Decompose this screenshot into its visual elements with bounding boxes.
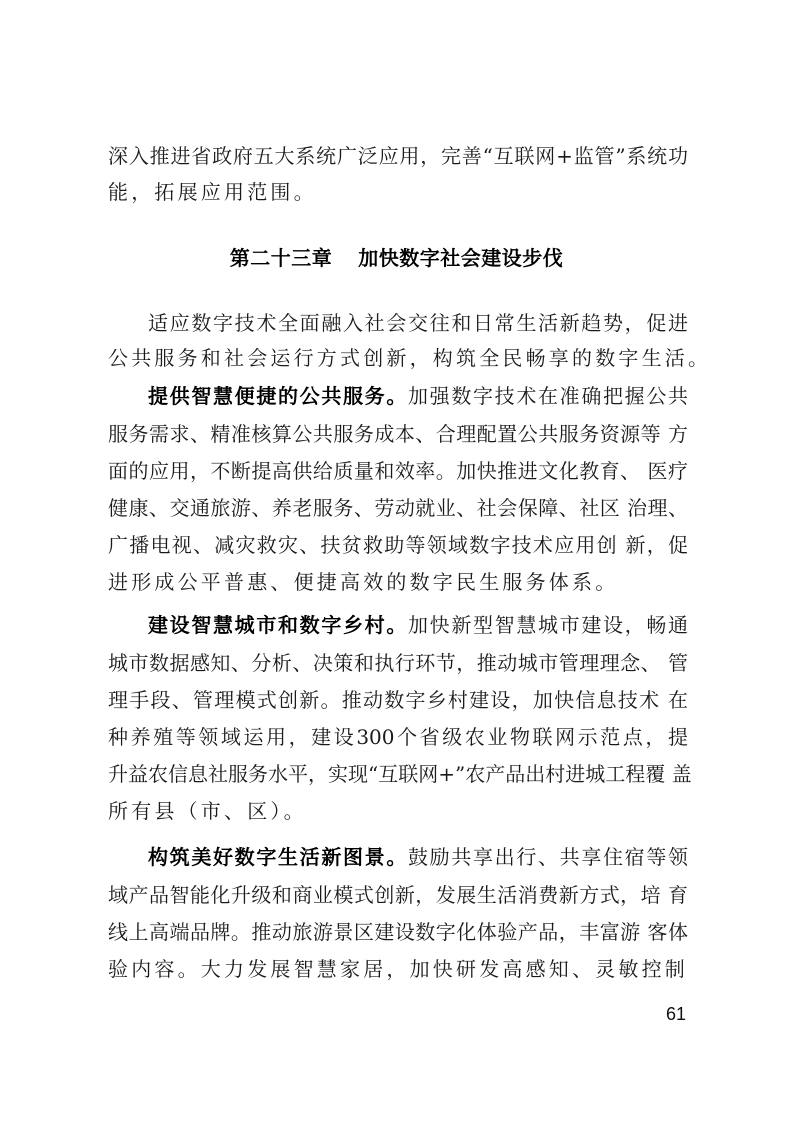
- section-2-line-5: 升益农信息社服务水平，实现“互联网+”农产品出村进城工程覆 盖: [108, 760, 688, 788]
- chapter-heading: 第二十三章加快数字社会建设步伐: [0, 244, 793, 272]
- document-page: 深入推进省政府五大系统广泛应用，完善“互联网+监管”系统功 能，拓展应用范围。 …: [0, 0, 793, 1122]
- section-3-heading: 构筑美好数字生活新图景。: [148, 845, 408, 869]
- chapter-number: 第二十三章: [230, 246, 333, 270]
- section-3-line-4: 验内容。大力发展智慧家居，加快研发高感知、灵敏控制: [108, 955, 688, 983]
- section-1-heading: 提供智慧便捷的公共服务。: [148, 384, 408, 408]
- section-1-line-3: 面的应用，不断提高供给质量和效率。加快推进文化教育、 医疗: [108, 457, 688, 485]
- section-1-line-6: 进形成公平普惠、便捷高效的数字民生服务体系。: [108, 568, 688, 596]
- section-1-line-4: 健康、交通旅游、养老服务、劳动就业、社会保障、社区 治理、: [108, 494, 688, 522]
- section-2-line-2: 城市数据感知、分析、决策和执行环节，推动城市管理理念、 管: [108, 649, 688, 677]
- section-2-first-line-text: 加快新型智慧城市建设，畅通: [408, 613, 688, 637]
- section-1-line-5: 广播电视、减灾救灾、扶贫救助等领域数字技术应用创 新，促: [108, 531, 688, 559]
- intro-line-2: 能，拓展应用范围。: [108, 178, 688, 206]
- chapter-title: 加快数字社会建设步伐: [358, 246, 563, 270]
- section-2-line-6: 所有县（市、区）。: [108, 797, 688, 825]
- section-3-first-line: 构筑美好数字生活新图景。鼓励共享出行、共享住宿等领: [148, 843, 688, 871]
- section-1-line-2: 服务需求、精准核算公共服务成本、合理配置公共服务资源等 方: [108, 420, 688, 448]
- overview-line-1: 适应数字技术全面融入社会交往和日常生活新趋势，促进: [148, 309, 688, 337]
- section-1-first-line: 提供智慧便捷的公共服务。加强数字技术在准确把握公共: [148, 382, 688, 410]
- section-2-line-3: 理手段、管理模式创新。推动数字乡村建设，加快信息技术 在: [108, 686, 688, 714]
- page-number: 61: [666, 1004, 686, 1025]
- section-2-heading: 建设智慧城市和数字乡村。: [148, 613, 408, 637]
- overview-line-2: 公共服务和社会运行方式创新，构筑全民畅享的数字生活。: [108, 344, 688, 372]
- section-1-first-line-text: 加强数字技术在准确把握公共: [408, 384, 688, 408]
- section-3-line-3: 线上高端品牌。推动旅游景区建设数字化体验产品，丰富游 客体: [108, 918, 688, 946]
- section-2-first-line: 建设智慧城市和数字乡村。加快新型智慧城市建设，畅通: [148, 611, 688, 639]
- section-2-line-4: 种养殖等领域运用，建设300个省级农业物联网示范点，提: [108, 723, 688, 751]
- intro-line-1: 深入推进省政府五大系统广泛应用，完善“互联网+监管”系统功: [108, 142, 688, 170]
- section-3-first-line-text: 鼓励共享出行、共享住宿等领: [408, 845, 688, 869]
- section-3-line-2: 域产品智能化升级和商业模式创新，发展生活消费新方式，培 育: [108, 881, 688, 909]
